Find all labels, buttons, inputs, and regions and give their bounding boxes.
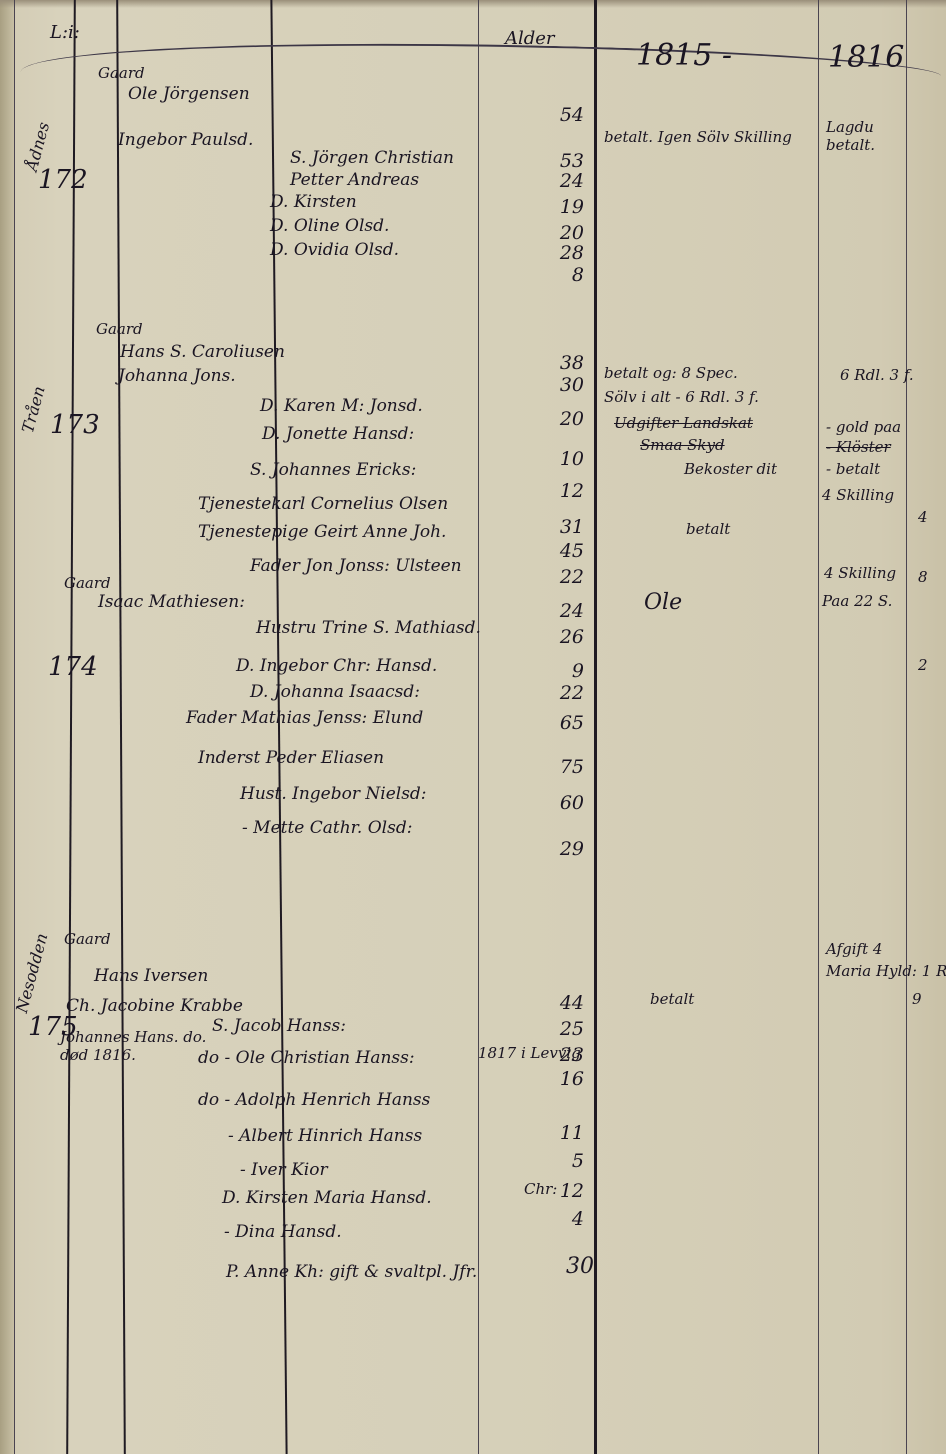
household-172-child-2-age: 20	[540, 222, 584, 244]
household-173-member-3: Tjenestekarl Cornelius Olsen	[198, 494, 448, 514]
column-rule-head	[116, 0, 126, 1454]
household-173-member-1-age: 10	[540, 448, 584, 470]
column-rule-age	[594, 0, 597, 1454]
household-174-member-5-age: 60	[540, 792, 584, 814]
household-175-member-4-age: 5	[540, 1150, 584, 1172]
household-172-child-4-age: 8	[540, 264, 584, 286]
household-172-child-0-age: 24	[540, 170, 584, 192]
household-175-note-1816-line-2: 9	[912, 990, 922, 1008]
household-174-member-3-age: 65	[540, 712, 584, 734]
household-174-note-1815: Ole	[644, 590, 682, 615]
ledger-page: L:i: Alder 1815 - 1816 Ådnes 172 Gaard O…	[0, 0, 946, 1454]
column-rule-1816	[906, 0, 907, 1454]
household-175-member-2-age: 16	[540, 1068, 584, 1090]
household-172-child-3-age: 28	[540, 242, 584, 264]
household-174-member-5: Hust. Ingebor Nielsd:	[240, 784, 427, 804]
household-173-member-3-age: 31	[540, 516, 584, 538]
household-173-member-4: Tjenestepige Geirt Anne Joh.	[198, 522, 446, 542]
household-173-member-0-age: 20	[540, 408, 584, 430]
household-172-occupation: Gaard	[98, 64, 145, 82]
household-173-member-0: D. Karen M: Jonsd.	[260, 396, 423, 416]
household-173-note-1816-line-2: - Klöster	[826, 438, 891, 456]
household-172-spouse-age: 53	[540, 150, 584, 172]
household-175-member-5-age: 12	[540, 1180, 584, 1202]
household-173-head: Hans S. Caroliusen	[120, 342, 285, 362]
household-175-place: Nesodden	[12, 931, 51, 1015]
household-174-head-age: 24	[540, 600, 584, 622]
household-173-note-1815-line-1: Sölv i alt - 6 Rdl. 3 f.	[604, 388, 759, 406]
household-173-note-1816-line-1: - gold paa	[826, 418, 901, 436]
household-172-note-1816: Lagdu betalt.	[826, 118, 906, 154]
household-173-note-1816-line-3: - betalt	[826, 460, 880, 478]
household-174-member-0: Hustru Trine S. Mathiasd.	[256, 618, 481, 638]
household-175-head-age: 44	[540, 992, 584, 1014]
household-173-member-5: Fader Jon Jonss: Ulsteen	[250, 556, 462, 576]
header-age: Alder	[505, 28, 555, 49]
household-174-note-1816-line-0: 4 Skilling	[824, 564, 896, 582]
household-173-member-2: S. Johannes Ericks:	[250, 460, 416, 480]
household-175-note-1816-line-1: Maria Hyld: 1 Rdl.	[826, 962, 946, 980]
household-175-member-5: D. Kirsten Maria Hansd.	[222, 1188, 432, 1208]
household-174-member-6-age: 29	[540, 838, 584, 860]
right-margin-mark-1: 8	[918, 568, 928, 586]
household-173-head-age: 38	[540, 352, 584, 374]
household-173-member-2-age: 12	[540, 480, 584, 502]
household-175-member-4: - Iver Kior	[240, 1160, 328, 1180]
household-175-note-1815: betalt	[650, 990, 694, 1008]
household-172-number: 172	[38, 165, 88, 195]
household-172-child-4: D. Ovidia Olsd.	[270, 240, 399, 260]
household-173-note-1816-line-4: 4 Skilling	[822, 486, 894, 504]
household-172-child-1-age: 19	[540, 196, 584, 218]
household-175-member-0-age: 25	[540, 1018, 584, 1040]
header-year-1816: 1816	[828, 40, 904, 75]
household-174-number: 174	[48, 652, 98, 682]
household-175-member-1-age: 23	[540, 1044, 584, 1066]
column-rule-place	[66, 0, 76, 1454]
household-175-member-7: P. Anne Kh: gift & svaltpl. Jfr.	[226, 1262, 477, 1282]
column-rule-1815	[818, 0, 819, 1454]
household-173-note-1816-line-0: 6 Rdl. 3 f.	[840, 366, 914, 384]
top-left-mark: L:i:	[50, 22, 80, 43]
household-174-head: Isaac Mathiesen:	[98, 592, 245, 612]
right-margin-mark-0: 4	[918, 508, 928, 526]
household-174-member-3: Fader Mathias Jenss: Elund	[186, 708, 423, 728]
right-margin-mark-2: 2	[918, 656, 928, 674]
household-173-note-1815-line-2: Udgifter Landskat	[614, 414, 753, 432]
household-175-member-0: S. Jacob Hanss:	[212, 1016, 346, 1036]
household-173-member-4-age: 45	[540, 540, 584, 562]
column-rule-margin	[14, 0, 15, 1454]
household-174-member-1-age: 9	[540, 660, 584, 682]
household-175-member-6-age: 4	[540, 1208, 584, 1230]
household-173-member-1: D. Jonette Hansd:	[262, 424, 414, 444]
household-172-head-age: 54	[540, 104, 584, 126]
household-172-child-1: Petter Andreas	[290, 170, 419, 190]
page-edge-shadow	[0, 0, 946, 8]
header-year-1815: 1815 -	[636, 38, 732, 73]
household-174-member-0-age: 26	[540, 626, 584, 648]
column-rule-note	[478, 0, 479, 1454]
household-175-note-left: Johannes Hans. do. død 1816.	[60, 1028, 210, 1064]
household-175-member-7-age: 30	[550, 1254, 594, 1279]
household-175-member-6: - Dina Hansd.	[224, 1222, 342, 1242]
household-173-note-1815-line-3: Smaa Skyd	[640, 436, 725, 454]
household-173-note-1815-extra: betalt	[686, 520, 730, 538]
household-172-child-0: S. Jörgen Christian	[290, 148, 454, 168]
household-173-occupation: Gaard	[96, 320, 143, 338]
household-172-child-2: D. Kirsten	[270, 192, 357, 212]
household-174-occupation: Gaard	[64, 574, 111, 592]
household-174-member-4: Inderst Peder Eliasen	[198, 748, 384, 768]
household-174-member-6: - Mette Cathr. Olsd:	[242, 818, 412, 838]
household-174-member-2: D. Johanna Isaacsd:	[250, 682, 420, 702]
book-binding	[0, 0, 14, 1454]
household-175-note-1816-line-0: Afgift 4	[826, 940, 882, 958]
household-172-spouse: Ingebor Paulsd.	[118, 130, 253, 150]
household-172-note-1815: betalt. Igen Sölv Skilling	[604, 128, 792, 146]
household-173-note-1815-line-4: Bekoster dit	[684, 460, 777, 478]
household-175-member-3-age: 11	[540, 1122, 584, 1144]
household-173-spouse-age: 30	[540, 374, 584, 396]
household-173-member-5-age: 22	[540, 566, 584, 588]
household-175-spouse: Ch. Jacobine Krabbe	[66, 996, 243, 1016]
household-174-note-1816-line-1: Paa 22 S.	[822, 592, 892, 610]
household-173-place: Tråen	[18, 384, 49, 435]
household-174-member-1: D. Ingebor Chr: Hansd.	[236, 656, 437, 676]
header-divider-curve	[19, 32, 942, 178]
household-175-member-3: - Albert Hinrich Hanss	[228, 1126, 422, 1146]
household-175-member-1: do - Ole Christian Hanss:	[198, 1048, 415, 1068]
household-175-member-2: do - Adolph Henrich Hanss	[198, 1090, 430, 1110]
household-173-note-1815-line-0: betalt og: 8 Spec.	[604, 364, 738, 382]
household-174-member-2-age: 22	[540, 682, 584, 704]
household-173-number: 173	[50, 410, 100, 440]
household-175-occupation: Gaard	[64, 930, 111, 948]
household-174-member-4-age: 75	[540, 756, 584, 778]
household-172-child-3: D. Oline Olsd.	[270, 216, 389, 236]
household-172-head: Ole Jörgensen	[128, 84, 250, 104]
household-173-spouse: Johanna Jons.	[118, 366, 236, 386]
household-175-head: Hans Iversen	[94, 966, 208, 986]
